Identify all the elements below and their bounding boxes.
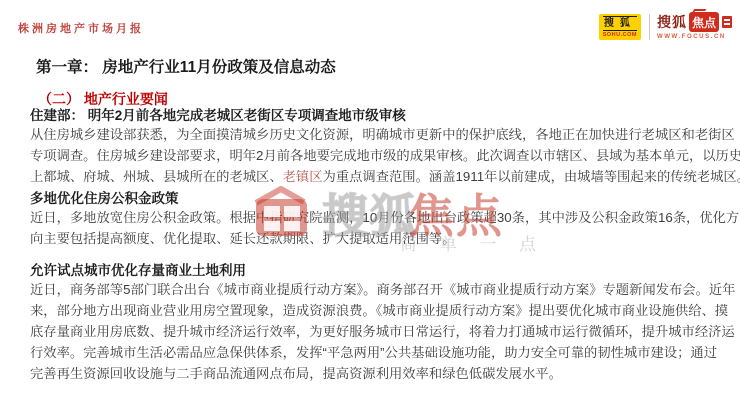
text-line: 专项调查。住房城乡建设部要求，明年2月前各地要完成地市级的成果审核。此次调查以市… [30,145,730,166]
text-line: 来，部分地方出现商业营业用房空置现象，造成资源浪费。《城市商业提质行动方案》提出… [30,300,730,321]
text-line: 从住房城乡建设部获悉，为全面摸清城乡历史文化资源，明确城市更新中的保护底线，各地… [30,124,730,145]
text-line: 近日，多地放宽住房公积金政策。根据中指研究院监测，10月份各地出台政策超30条，… [30,207,730,228]
focus-house-badge: 焦点 [689,12,719,32]
logo-divider [649,14,650,40]
article-3-body: 近日，商务部等5部门联合出台《城市商业提质行动方案》。商务部召开《城市商业提质行… [30,279,730,384]
article-2-body: 近日，多地放宽住房公积金政策。根据中指研究院监测，10月份各地出台政策超30条，… [30,207,730,249]
focus-logo: 搜狐 焦点 WWW.FOCUS.CN [657,12,732,40]
text-line: 行效率。完善城市生活必需品应急保供体系，发挥“平急两用”公共基础设施功能，助力安… [30,342,730,363]
article-content: 第一章： 房地产行业11月份政策及信息动态 （二） 地产行业要闻 住建部： 明年… [30,58,730,384]
article-1-heading: 住建部： 明年2月前各地完成老城区老街区专项调查地市级审核 [30,108,730,124]
report-page: 株洲房地产市场月报 搜狐 SOHU.COM 搜狐 焦点 WWW.FOCUS.CN… [0,0,740,416]
focus-logo-url: WWW.FOCUS.CN [657,34,732,40]
text-line: 完善再生资源回收设施与二手商品流通网点布局，提高资源利用效率和绿色低碳发展水平。 [30,363,730,384]
text-line: 向主要包括提高额度、优化提取、延长还款期限、扩大提取适用范围等。 [30,228,730,249]
article-2-heading: 多地优化住房公积金政策 [30,191,730,207]
chapter-title: 第一章： 房地产行业11月份政策及信息动态 [36,58,730,78]
text-line: 近日，商务部等5部门联合出台《城市商业提质行动方案》。商务部召开《城市商业提质行… [30,279,730,300]
section-label: （二） 地产行业要闻 [38,91,730,107]
article-3-heading: 允许试点城市优化存量商业土地利用 [30,263,730,279]
highlighted-term: 老镇区 [283,169,323,184]
text-segment: 为重点调查范围。涵盖1911年以前建成，由城墙等围起来的传统老城区。 [323,169,740,184]
sohu-logo-text: 搜狐 [603,16,637,31]
focus-logo-row: 搜狐 焦点 [657,12,732,32]
text-segment: 上都城、府城、州城、县城所在的老城区、 [30,169,283,184]
focus-seal-icon [722,16,732,28]
text-line: 上都城、府城、州城、县城所在的老城区、老镇区为重点调查范围。涵盖1911年以前建… [30,166,730,187]
article-1-body: 从住房城乡建设部获悉，为全面摸清城乡历史文化资源，明确城市更新中的保护底线，各地… [30,124,730,187]
logo-area: 搜狐 SOHU.COM 搜狐 焦点 WWW.FOCUS.CN [599,12,732,40]
text-line: 底存量商业用房底数、提升城市经济运行效率，为更好服务城市日常运行，将着力打通城市… [30,321,730,342]
sohu-logo: 搜狐 SOHU.COM [599,14,641,40]
sohu-logo-url: SOHU.COM [603,32,637,39]
focus-brand-text: 搜狐 [657,12,687,32]
report-title: 株洲房地产市场月报 [18,20,144,36]
